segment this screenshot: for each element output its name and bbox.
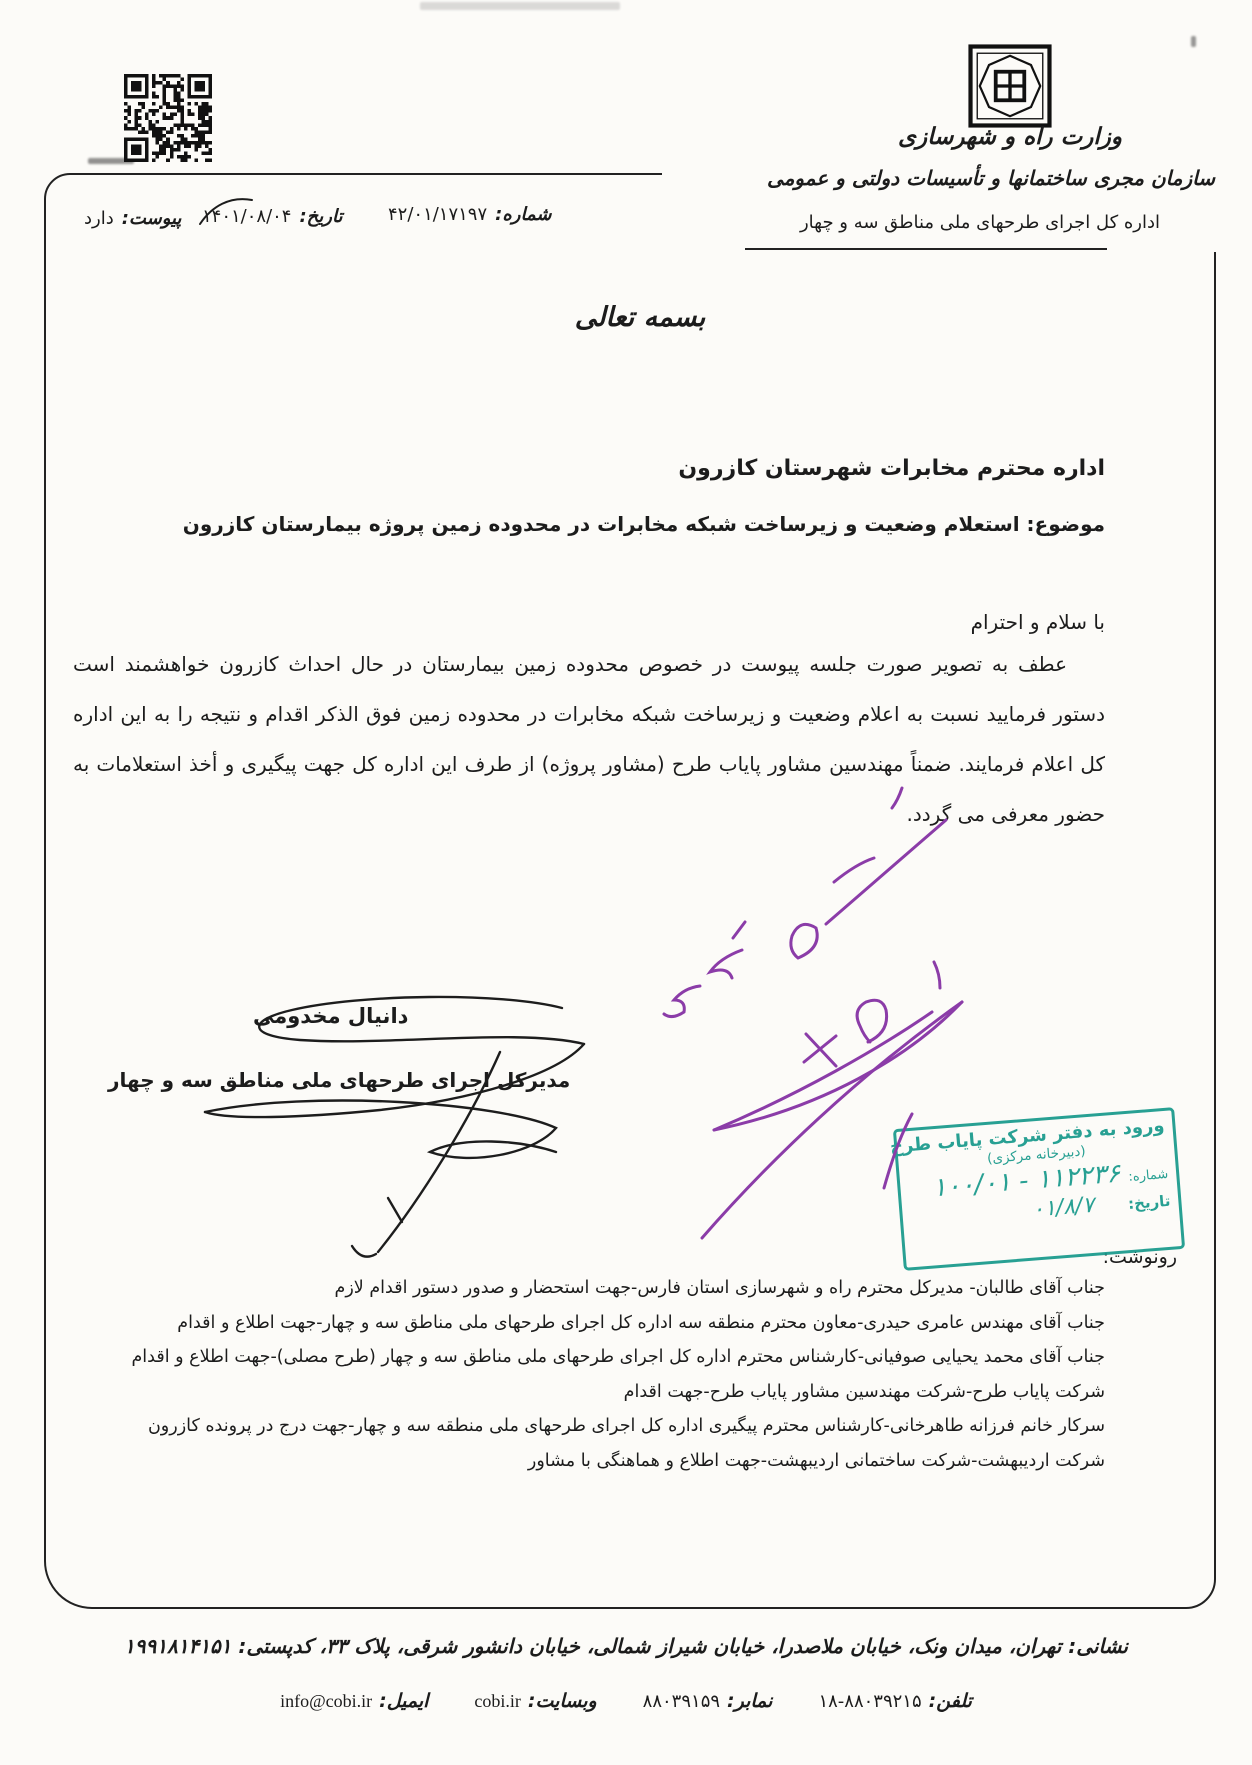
attachment-field: پیوست: دارد — [84, 208, 181, 229]
cc-list: جناب آقای طالبان- مدیرکل محترم راه و شهر… — [120, 1278, 1105, 1485]
letter-date-value: ۱۴۰۱/۰۸/۰۴ — [202, 206, 291, 227]
entry-stamp: ورود به دفتر شرکت پایاب طرح (دبیرخانه مر… — [893, 1107, 1185, 1271]
cc-item: سرکار خانم فرزانه طاهرخانی-کارشناس محترم… — [120, 1416, 1105, 1451]
organization-logo — [968, 44, 1052, 128]
besmele: بسمه تعالی — [575, 302, 706, 333]
body-paragraph-line: حضور معرفی می گردد. — [73, 802, 1105, 852]
body-paragraph: عطف به تصویر صورت جلسه پیوست در خصوص محد… — [73, 652, 1105, 852]
fax-field: نمابر: ۸۸۰۳۹۱۵۹ — [643, 1690, 773, 1712]
attachment-label: پیوست: — [122, 208, 182, 229]
qr-code — [124, 74, 212, 162]
salutation: با سلام و احترام — [971, 610, 1105, 634]
subject-line: موضوع: استعلام وضعیت و زیرساخت شبکه مخاب… — [183, 512, 1105, 536]
body-paragraph-line: عطف به تصویر صورت جلسه پیوست در خصوص محد… — [73, 652, 1105, 702]
stamp-date-value: ۰۱/۸/۷ — [1031, 1193, 1095, 1223]
phone-field: تلفن: ۱۸-۸۸۰۳۹۲۱۵ — [818, 1690, 971, 1712]
signer-name: دانیال مخدومی — [253, 1004, 408, 1028]
letter-number-value: ۴۲/۰۱/۱۷۱۹۷ — [388, 204, 487, 225]
email-value: info@cobi.ir — [280, 1691, 372, 1712]
letter-date-label: تاریخ: — [299, 206, 342, 227]
letter-date-field: تاریخ: ۱۴۰۱/۰۸/۰۴ — [202, 206, 343, 227]
letter-number-label: شماره: — [495, 204, 551, 225]
footer-contact: تلفن: ۱۸-۸۸۰۳۹۲۱۵ نمابر: ۸۸۰۳۹۱۵۹ وبسایت… — [280, 1690, 972, 1712]
letterhead-divider — [745, 248, 1107, 250]
stamp-date-label: تاریخ: — [1127, 1192, 1171, 1213]
stamp-number-label: شماره: — [1128, 1167, 1169, 1185]
website-value: cobi.ir — [474, 1691, 521, 1712]
body-paragraph-line: دستور فرمایید نسبت به اعلام وضعیت و زیرس… — [73, 702, 1105, 752]
scan-artifact — [420, 2, 620, 10]
phone-value: ۱۸-۸۸۰۳۹۲۱۵ — [818, 1691, 921, 1712]
addressee: اداره محترم مخابرات شهرستان کازرون — [678, 456, 1105, 481]
website-field: وبسایت: cobi.ir — [474, 1690, 596, 1712]
cc-item: شرکت اردیبهشت-شرکت ساختمانی اردیبهشت-جهت… — [120, 1451, 1105, 1486]
cc-item: جناب آقای مهندس عامری حیدری-معاون محترم … — [120, 1313, 1105, 1348]
department-name: اداره کل اجرای طرحهای ملی مناطق سه و چها… — [800, 212, 1160, 233]
phone-label: تلفن: — [929, 1690, 972, 1712]
letter-page: وزارت راه و شهرسازی سازمان مجری ساختمانه… — [0, 0, 1252, 1765]
signer-title: مدیرکل اجرای طرحهای ملی مناطق سه و چهار — [108, 1068, 570, 1092]
email-label: ایمیل: — [379, 1690, 428, 1712]
attachment-value: دارد — [84, 208, 114, 229]
body-paragraph-line: کل اعلام فرمایند. ضمناً مهندسین مشاور پا… — [73, 752, 1105, 802]
email-field: ایمیل: info@cobi.ir — [280, 1690, 428, 1712]
cc-item: جناب آقای محمد یحیایی صوفیانی-کارشناس مح… — [120, 1347, 1105, 1382]
website-label: وبسایت: — [528, 1690, 597, 1712]
cc-item: شرکت پایاب طرح-شرکت مهندسین مشاور پایاب … — [120, 1382, 1105, 1417]
fax-value: ۸۸۰۳۹۱۵۹ — [643, 1691, 720, 1712]
ministry-name: وزارت راه و شهرسازی — [898, 124, 1122, 150]
footer-address: نشانی: تهران، میدان ونک، خیابان ملاصدرا،… — [124, 1634, 1128, 1658]
letter-number-field: شماره: ۴۲/۰۱/۱۷۱۹۷ — [388, 204, 551, 225]
cc-item: جناب آقای طالبان- مدیرکل محترم راه و شهر… — [120, 1278, 1105, 1313]
scan-artifact — [1191, 36, 1196, 47]
organization-name: سازمان مجری ساختمانها و تأسیسات دولتی و … — [767, 166, 1215, 190]
fax-label: نمابر: — [727, 1690, 772, 1712]
